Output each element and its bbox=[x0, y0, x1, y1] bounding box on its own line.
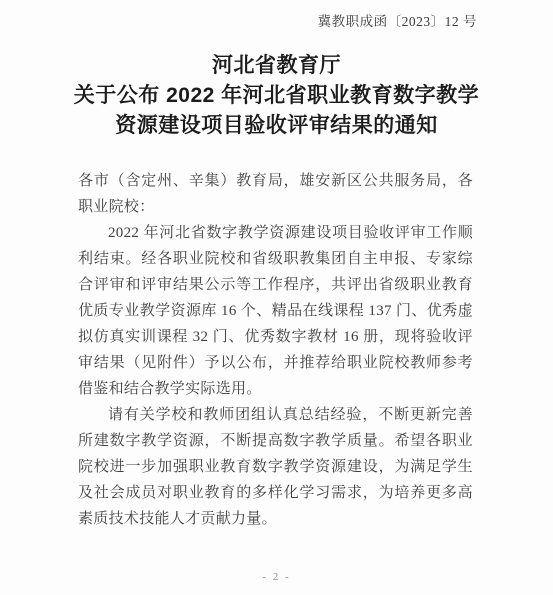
doc-body: 各市（含定州、辛集）教育局，雄安新区公共服务局，各职业院校： 2022 年河北省… bbox=[0, 168, 553, 532]
doc-number: 冀教职成函〔2023〕12 号 bbox=[0, 12, 553, 31]
doc-title-line-2: 关于公布 2022 年河北省职业教育数字教学 bbox=[0, 81, 553, 111]
doc-title-line-3: 资源建设项目验收评审结果的通知 bbox=[0, 111, 553, 141]
salutation: 各市（含定州、辛集）教育局，雄安新区公共服务局，各职业院校： bbox=[78, 168, 473, 220]
page-number: - 2 - bbox=[0, 571, 553, 583]
paragraph-2: 请有关学校和教师团组认真总结经验，不断更新完善所建数字教学资源，不断提高数字教学… bbox=[78, 402, 473, 532]
doc-title-line-1: 河北省教育厅 bbox=[0, 51, 553, 81]
doc-title: 河北省教育厅 关于公布 2022 年河北省职业教育数字教学 资源建设项目验收评审… bbox=[0, 51, 553, 141]
document-page: 冀教职成函〔2023〕12 号 河北省教育厅 关于公布 2022 年河北省职业教… bbox=[0, 0, 553, 595]
paragraph-1: 2022 年河北省数字教学资源建设项目验收评审工作顺利结束。经各职业院校和省级职… bbox=[78, 220, 473, 402]
